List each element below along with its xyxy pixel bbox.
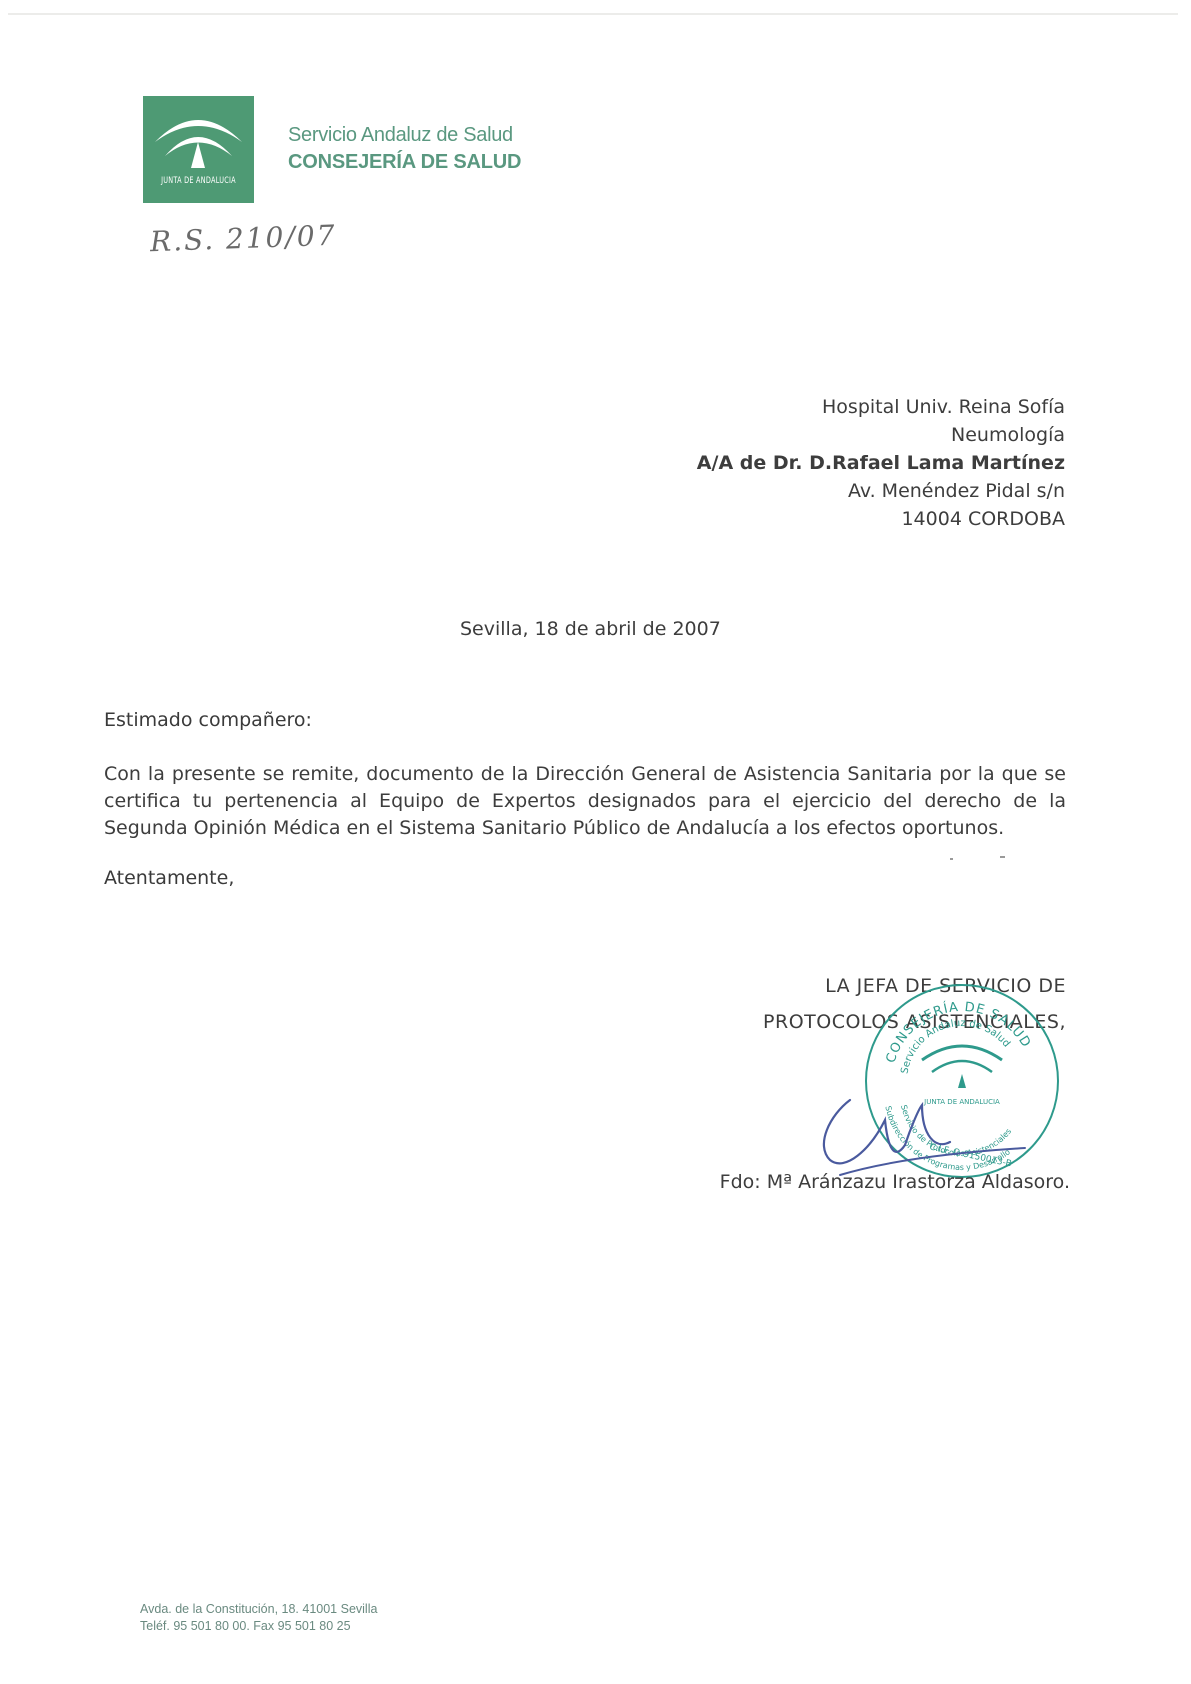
svg-text:CONSEJERÍA DE SALUD: CONSEJERÍA DE SALUD: [884, 1000, 1034, 1065]
closing: Atentamente,: [104, 867, 234, 889]
junta-de-andalucia-logo: JUNTA DE ANDALUCIA: [143, 96, 254, 203]
date-line: Sevilla, 18 de abril de 2007: [460, 618, 721, 640]
logo-caption: JUNTA DE ANDALUCIA: [151, 176, 245, 186]
scan-edge-line: [8, 13, 1178, 15]
footer-contact: Avda. de la Constitución, 18. 41001 Sevi…: [140, 1601, 377, 1635]
recipient-line: Hospital Univ. Reina Sofía: [697, 393, 1065, 421]
scan-speck: [1000, 856, 1005, 858]
recipient-address-block: Hospital Univ. Reina Sofía Neumología A/…: [697, 393, 1065, 533]
footer-phone-fax: Teléf. 95 501 80 00. Fax 95 501 80 25: [140, 1618, 377, 1635]
recipient-line: Av. Menéndez Pidal s/n: [697, 477, 1065, 505]
recipient-line: 14004 CORDOBA: [697, 505, 1065, 533]
footer-address: Avda. de la Constitución, 18. 41001 Sevi…: [140, 1601, 377, 1618]
signatory-name: Fdo: Mª Aránzazu Irastorza Aldasoro.: [720, 1171, 1070, 1193]
handwritten-reference: R.S. 210/07: [149, 219, 337, 258]
org-name: Servicio Andaluz de Salud: [288, 124, 513, 147]
letter-body: Con la presente se remite, documento de …: [104, 761, 1066, 842]
scan-speck: [950, 858, 953, 860]
andalucia-arch-icon: [143, 96, 254, 203]
department-name: CONSEJERÍA DE SALUD: [288, 151, 521, 174]
salutation: Estimado compañero:: [104, 709, 312, 731]
recipient-line: A/A de Dr. D.Rafael Lama Martínez: [697, 449, 1065, 477]
recipient-line: Neumología: [697, 421, 1065, 449]
